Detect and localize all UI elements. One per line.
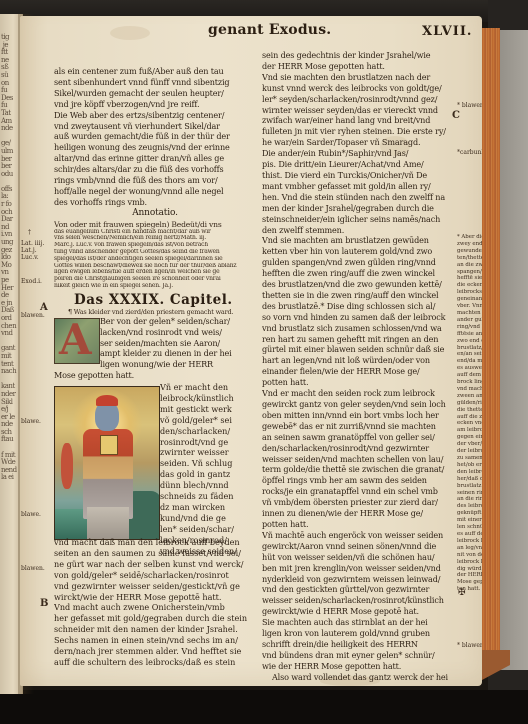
text-line: Also ward vollendet das gantz werck der … [262,672,454,683]
text-line: men der kinder Jsrahel/gegraben durch di… [262,203,454,214]
text-line: potten hatt. [262,519,454,530]
text-line: von gold/geler* seidē/scharlacken/rosinr… [54,570,256,581]
annotatio-block: Von oder mit frauwen spiegeln) Bedeüt/di… [54,220,256,290]
text-line: mit gestickt werk [160,404,256,415]
text-line: den/scharlacken/rosinrodt/vnd gezwirnter [262,443,454,454]
annot-line: ligen ewigen lebens/hie auff erden ligen… [54,269,256,276]
text-line: auff die schultern des leibrocks/daß es … [54,657,256,668]
margin-letter-c: C [452,110,460,121]
text-line: als ein centener zum fuß/Aber auß den ta… [54,66,256,77]
chapter-opening: Ber von der gelen* seiden/schar/ lacken/… [100,316,256,371]
text-line: Ber von der gelen* seiden/schar/ [100,316,256,327]
folio-number: XLVII. [422,24,472,39]
text-line: wie der HERR Mose gepotten hatt. [262,661,454,672]
text-line: an seinen sawm granatöpffel von geller s… [262,432,454,443]
text-line: potten hatt. [262,377,454,388]
text-line: kund/vnd die ge [160,513,256,524]
text-line: Vnd sie machten den brustlatzen nach der [262,72,454,83]
text-line: võ gold/geler* sei [160,415,256,426]
right-column: sein des gedechtnis der kinder Jsrahel/w… [262,50,454,683]
annotatio-heading: Annotatio. [54,208,256,219]
text-line: steinschneider/ein iglicher seins namēs/… [262,214,454,225]
margin-ref: Exod.i. [21,278,42,285]
text-line: Sie machten auch das stirnblat an der he… [262,617,454,628]
text-line: Sikel/wurden gemacht der seulen heupter/ [54,88,256,99]
text-line: des brustlatzen/vnd die zwo gewunden ket… [262,279,454,290]
chapter-summary: ¶ Was kleider vnd zierd/den priestern ge… [68,308,256,316]
text-line: dern/nach jrer stemmen alder. Vnd heffte… [54,646,256,657]
background-bottom [0,690,528,724]
annot-line: Von oder mit frauwen spiegeln) Bedeüt/di… [54,220,256,229]
margin-ref: Luc.v. [21,254,39,261]
text-line: thist. Die vierd ein Turckis/Onicher/vñ … [262,170,454,181]
text-line: vnd macht daß man den leibrock auff beyd… [54,537,256,548]
text-line: heiligen wonung des zeugnis/vnd der erin… [54,142,256,153]
text-line: das gold in gantz [160,469,256,480]
text-line: her gefasset mit gold/gegraben durch die… [54,613,256,624]
text-line: Vnd er macht den seiden rock zum leibroc… [262,388,454,399]
text-line: leibrock/künstlich [160,393,256,404]
text-line: fulleten jn mit vier ryhen steinen. Die … [262,126,454,137]
text-line: ren hart zu samen geheftt mit ringen an … [262,334,454,345]
text-line: sent sibenhundert vnnd fünff vnnd sibent… [54,77,256,88]
text-line: hart an legen/vnd nit loß würden/oder vo… [262,355,454,366]
left-column-bottom: vnd macht daß man den leibrock auff beyd… [54,537,256,668]
margin-ref: Lat.j. [21,247,37,254]
text-line: hefften die zwen ring/auff die zwen winc… [262,268,454,279]
text-line: ser seiden/machten sie Aaron/ [100,338,256,349]
text-line: dz man wircken [160,502,256,513]
text-line: altar/vnd das erinne gitter dran/vñ alle… [54,153,256,164]
text-line: ben mit jren krenglin/von weisser seiden… [262,563,454,574]
text-line: Vñ machtē auch engeröck von weisser seid… [262,530,454,541]
text-line: term golde/die thettē sie zwischen die g… [262,464,454,475]
text-line: hüt von weisser seiden/vñ die schönen ha… [262,552,454,563]
text-line: Vnd sie machten am brustlatzen gewūden [262,235,454,246]
text-line: den/scharlacken/ [160,426,256,437]
text-line: ligen kron von lauterem gold/vnnd gruben [262,628,454,639]
text-line: einander fielen/wie der HERR Mose ge/ [262,366,454,377]
text-line: ampt kleider zu dienen in der hei [100,348,256,359]
chapter-heading: Das XXXIX. Capitel. [74,295,256,306]
text-line: der HERR Mose gepotten hatt. [262,61,454,72]
text-line: schneider mit den namen der kinder Jsrah… [54,624,256,635]
woodcut-high-priest-illustration [54,386,160,540]
annot-line: vns selen weschen/Nemlich/ein reinig her… [54,235,256,242]
text-line: rings vmb/vnnd die füß des thors am vor/ [54,175,256,186]
text-line: so vorn vnd hinden zu samen daß der leib… [262,312,454,323]
text-line: Vnd macht auch zwene Onicherstein/vmb [54,602,256,613]
text-line: auß wurden gemacht/die füß in der thür d… [54,131,256,142]
priest-robe [87,507,129,539]
text-line: hoff/alle negel der wonung/vnnd alle neg… [54,186,256,197]
text-beside-woodcut: Vñ er macht den leibrock/künstlich mit g… [160,382,256,557]
annotatio-marker: † [28,229,31,236]
text-line: ne gürt war nach der selben kunst vnd we… [54,559,256,570]
text-line: Vñ er macht den [160,382,256,393]
margin-note-blawen: blawen. [21,565,45,572]
text-line: öpffel rings vmb her am sawm des seiden [262,475,454,486]
text-line: gewirckt/wie d HERR Mose gepotē hat. [262,606,454,617]
ornament-fleuron-icon: ✠ [458,588,466,598]
annot-line: das euangelium Christi ein handfaß macht… [54,229,256,236]
text-line: zwirnter weisser [160,447,256,458]
margin-letter-b: B [40,598,48,609]
text-line: vñ vmb/dem öbersten priester zur zierd d… [262,497,454,508]
text-line: wirckt/wie der HERR Mose gepottē hatt. [54,592,256,603]
text-line: pis. Die dritt/ein Lieurer/Achat/vnd Ame… [262,159,454,170]
margin-note-blawen: blawen. [21,312,45,319]
margin-note-blawe: blawe. [21,511,41,518]
initial-letter: A [59,318,92,362]
text-line: thetten sie in die zwen ring/auff den wi… [262,290,454,301]
annot-line: Marc.j. Luc.v. von frawen spiegeln/das i… [54,242,256,249]
text-line: Die ander/ein Rubin*/Saphir/vnd Jas/ [262,148,454,159]
text-line: lacken/vnd rosinrodt vnd weis/ [100,327,256,338]
text-line: seiden. Vñ schlug [160,458,256,469]
text-line: schneids zu fäden [160,491,256,502]
text-line: he war/ein Sarder/Topaser vñ Smaragd. [262,137,454,148]
text-line: hen. Vnd die stein stünden nach den zwel… [262,192,454,203]
paper-stain [110,26,150,40]
illuminated-initial: A [54,318,100,364]
annot-line: Gottes willen beschawt/dieweil sie noch … [54,263,256,270]
text-line: ler* seyden/scharlacken/rosinrodt/vnnd g… [262,94,454,105]
text-line: vnd bündens dran mit eyner gelen* schnür… [262,650,454,661]
text-line: rocks/je ein granatapffel vnnd ein schel… [262,486,454,497]
text-line: des brustlatzē.* Dise ding schlossen sic… [262,301,454,312]
margin-note-blawe: blawe. [21,418,41,425]
text-line: zwifach war/einer hand lang vnd breit/vn… [262,115,454,126]
text-line: wirnter weisser seyden/das er viereckt v… [262,105,454,116]
text-line: seiten an den saumen zu samē fasset/vnd … [54,548,256,559]
breastplate [100,435,118,455]
running-head: genant Exodus. [208,22,331,38]
text-line: schir/des altars/dar zu die füß des vorh… [54,164,256,175]
text-line: vnd den gestickten gürttel/von gezwirnte… [262,584,454,595]
text-line: nyderkleid von gezwirntem weissen leinwa… [262,574,454,585]
text-line: innen zu dienen/wie der HERR Mose ge/ [262,508,454,519]
text-line: Mose gepotten hatt. [54,370,256,381]
text-line: oben mitten inn/vnnd ein bort vmbs loch … [262,410,454,421]
text-line: vnd jre köpff vberzogen/vnd jre reiff. [54,99,256,110]
text-line: mant vmbher gefasset mit gold/in allen r… [262,181,454,192]
text-line: len* seiden/schar/ [160,524,256,535]
text-line: Die Web aber des ertzs/sibentzig centene… [54,110,256,121]
text-line: ketten vber hin von lauterem gold/vnd zw… [262,246,454,257]
annot-line: poiren die Christglaubigen seelen ire sc… [54,276,256,283]
text-line: vnd gezwirnter weisser seiden/gestickt/v… [54,581,256,592]
text-line: weisser seiden/vnd machten schellen von … [262,454,454,465]
text-line: gewirckt gantz von geler seyden/vnd sein… [262,399,454,410]
book-page: genant Exodus. XLVII. als ein centener z… [20,16,482,686]
text-line: gürtel mit einer blawen seiden schnür da… [262,344,454,355]
annot-line: nikeit gleich wie in ein spiegel sehen. … [54,283,256,290]
text-line: gulden spangen/vnd zwen gülden ring/vnnd [262,257,454,268]
text-line: sein des gedechtnis der kinder Jsrahel/w… [262,50,454,61]
censer [61,443,73,489]
gilt-fore-edge [482,28,500,664]
text-line: den zwelff stemmen. [262,225,454,236]
text-line: gewebē* das er nit zurriß/vnnd sie macht… [262,421,454,432]
text-line: schrifft drein/die heiligkeit des HERRN [262,639,454,650]
annot-line: spiegel/das ist/der andechtigen seelen s… [54,256,256,263]
text-line: vnd brustlatz sich zusamen schlossen/vnd… [262,323,454,334]
text-line: vnd zweytausent vñ vierhundert Sikel/dar [54,121,256,132]
text-line: weisser seiden/scharlacken/rosinrot/küns… [262,595,454,606]
text-line: Sechs namen in einen stein/vnd sechs im … [54,635,256,646]
text-line: dünn blech/vnnd [160,480,256,491]
text-line: rosinrodt/vnd ge [160,437,256,448]
annot-line: tung vnnd anschender gepott Gottes/das s… [54,249,256,256]
text-line: des vorhoffs rings vmb. [54,197,256,208]
text-line: kunst vnnd werck des leibrocks von goldt… [262,83,454,94]
priest-mitre [96,395,118,406]
text-line: gewirckt/Aaron vnnd seinen sönen/vnnd di… [262,541,454,552]
margin-ref: Lat. iiij. [21,240,44,247]
text-line: ligen wonung/wie der HERR [100,359,256,370]
